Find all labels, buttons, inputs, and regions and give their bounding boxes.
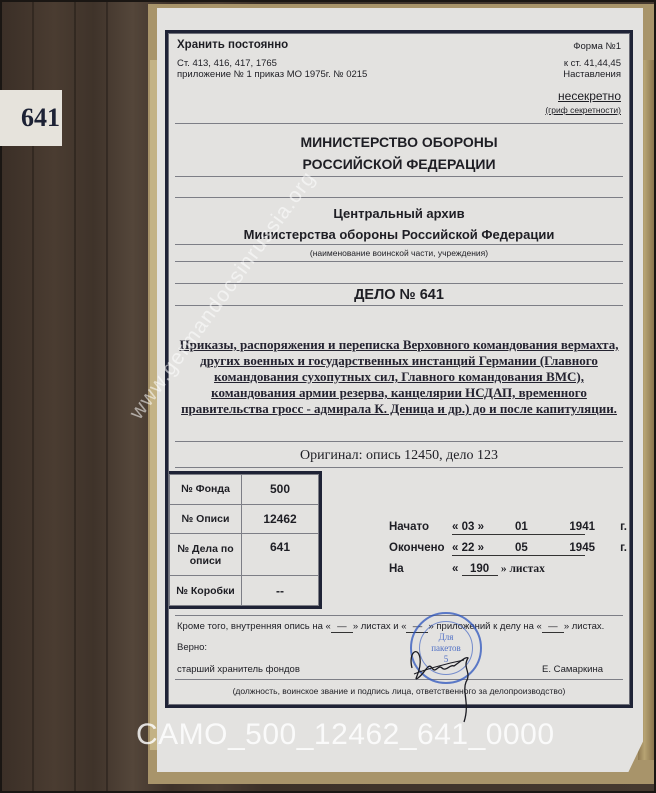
inventory-note: Кроме того, внутренняя опись на «—» лист…	[177, 621, 604, 633]
ministry-line-1: МИНИСТЕРСТВО ОБОРОНЫ	[169, 134, 629, 150]
registry-label: № Коробки	[170, 576, 242, 606]
verified-label: Верно:	[177, 642, 207, 653]
year-suffix: г.	[620, 542, 627, 554]
signature-icon	[404, 634, 494, 724]
start-year: 1941	[569, 521, 595, 533]
registry-row: № Дела по описи 641	[170, 534, 319, 576]
end-date-row: Окончено « 22 » 05 1945 г.	[389, 540, 609, 561]
file-id-watermark: CAMO_500_12462_641_0000	[136, 718, 555, 752]
start-date-row: Начато « 03 » 01 1941 г.	[389, 519, 609, 540]
sheets-row: На « 190 » листах	[389, 561, 609, 582]
registry-row: № Описи 12462	[170, 504, 319, 534]
inventory-text: Кроме того, внутренняя опись на «	[177, 621, 331, 632]
sheets-label: На	[389, 563, 404, 575]
sheets-word: » листах	[501, 563, 545, 575]
retention-label: Хранить постоянно	[177, 39, 288, 51]
registry-table: № Фонда 500 № Описи 12462 № Дела по опис…	[169, 471, 322, 609]
sheets-count: 190	[462, 563, 498, 576]
description-line: командования сухопутных сил, Главного ко…	[173, 369, 625, 385]
start-day: « 03 »	[452, 521, 484, 533]
end-year: 1945	[569, 542, 595, 554]
signer-name: Е. Самаркина	[542, 664, 603, 675]
registry-value: 500	[242, 475, 319, 505]
inventory-text: » листах.	[564, 621, 604, 632]
description-line: других военных и государственных инстанц…	[173, 353, 625, 369]
end-month: 05	[515, 542, 528, 554]
original-reference: Оригинал: опись 12450, дело 123	[169, 448, 629, 464]
date-range: Начато « 03 » 01 1941 г. Окончено « 22 »…	[389, 519, 609, 582]
registry-row: № Коробки --	[170, 576, 319, 606]
spine-label: 641	[0, 90, 62, 146]
description-line: командования армии резерва, канцелярии Н…	[173, 385, 625, 401]
classification-caption: (гриф секретности)	[545, 105, 621, 115]
form-source: Наставления	[563, 69, 621, 80]
articles-ref: Ст. 413, 416, 417, 1765	[177, 58, 277, 69]
registry-value: 641	[242, 534, 319, 576]
description-line: Приказы, распоряжения и переписка Верхов…	[173, 337, 625, 353]
case-description: Приказы, распоряжения и переписка Верхов…	[173, 337, 625, 417]
registry-value: 12462	[242, 504, 319, 534]
ministry-line-2: РОССИЙСКОЙ ФЕДЕРАЦИИ	[169, 156, 629, 172]
registry-value: --	[242, 576, 319, 606]
registry-label: № Дела по описи	[170, 534, 242, 576]
end-label: Окончено	[389, 542, 445, 554]
footer-caption: (должность, воинское звание и подпись ли…	[169, 686, 629, 696]
archive-line-1: Центральный архив	[169, 206, 629, 221]
spine-number: 641	[21, 103, 60, 133]
registry-row: № Фонда 500	[170, 475, 319, 505]
start-month: 01	[515, 521, 528, 533]
inventory-text: » листах и «	[353, 621, 407, 632]
blank-field: —	[542, 621, 564, 633]
registry-label: № Описи	[170, 504, 242, 534]
form-number: Форма №1	[573, 41, 621, 52]
archive-line-2: Министерства обороны Российской Федераци…	[169, 227, 629, 242]
form-articles: к ст. 41,44,45	[564, 58, 621, 69]
end-day: « 22 »	[452, 542, 484, 554]
classification: несекретно	[558, 89, 621, 103]
year-suffix: г.	[620, 521, 627, 533]
position-label: старший хранитель фондов	[177, 664, 300, 675]
description-line: правительства гросс - адмирала К. Деница…	[173, 401, 625, 417]
cover-form: Хранить постоянно Форма №1 Ст. 413, 416,…	[165, 30, 633, 708]
blank-field: —	[331, 621, 353, 633]
sheets-open-quote: «	[452, 563, 458, 575]
start-label: Начато	[389, 521, 429, 533]
registry-label: № Фонда	[170, 475, 242, 505]
order-ref: приложение № 1 приказ МО 1975г. № 0215	[177, 69, 367, 80]
